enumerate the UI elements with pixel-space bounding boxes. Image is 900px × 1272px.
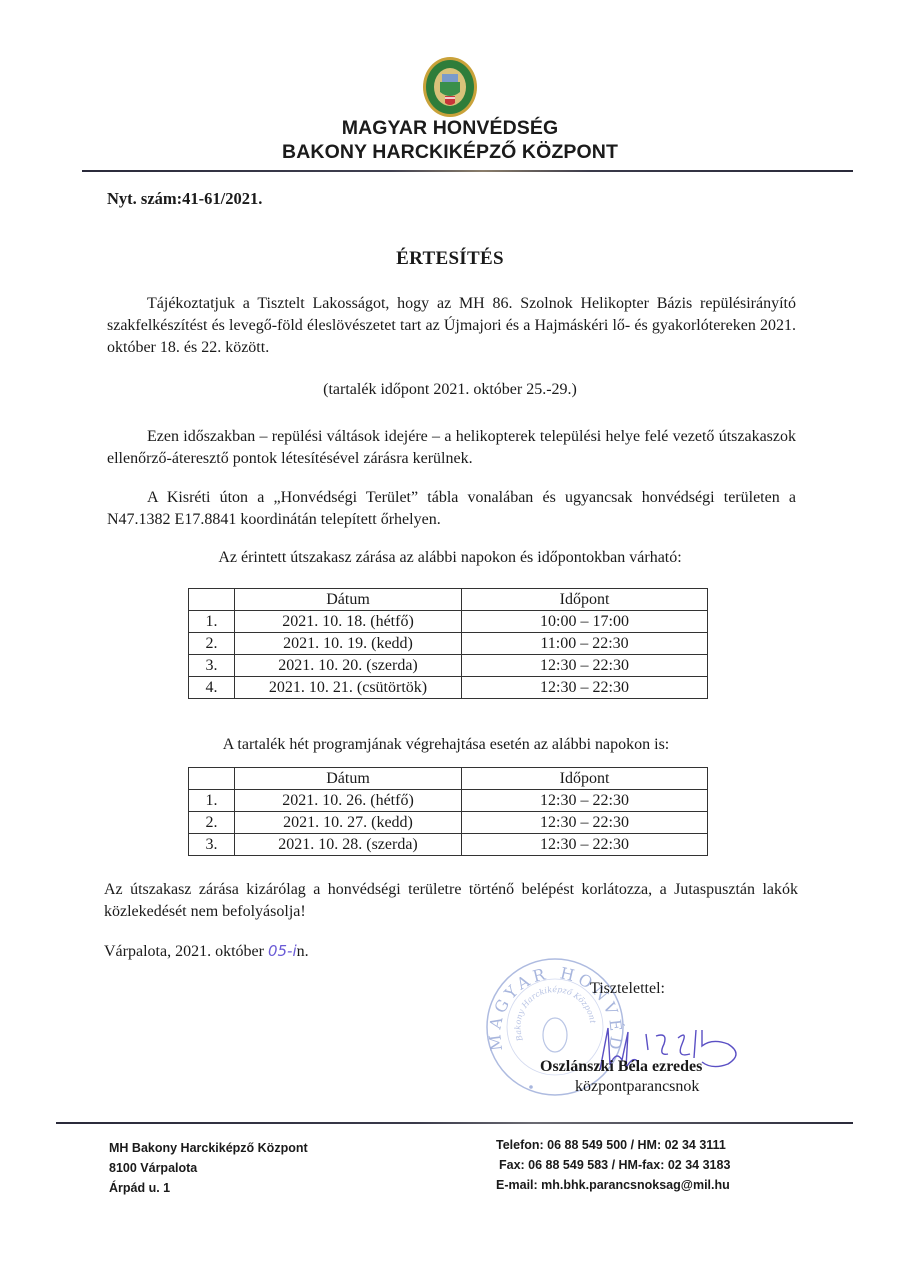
row-time: 10:00 – 17:00 [462, 611, 708, 633]
signatory-role: központparancsnok [575, 1078, 699, 1096]
reserve-date-note: (tartalék időpont 2021. október 25.-29.) [0, 381, 900, 399]
row-number: 4. [189, 677, 235, 699]
dateline-suffix: n. [297, 943, 309, 960]
footer-street: Árpád u. 1 [109, 1178, 308, 1198]
row-number: 1. [189, 790, 235, 812]
closure-schedule-table: Dátum Időpont 1.2021. 10. 18. (hétfő)10:… [188, 588, 708, 699]
intro-text: Tájékoztatjuk a Tisztelt Lakosságot, hog… [107, 295, 796, 356]
row-time: 11:00 – 22:30 [462, 633, 708, 655]
dateline-prefix: Várpalota, 2021. október [104, 943, 268, 960]
col-num-header [189, 589, 235, 611]
table1-intro: Az érintett útszakasz zárása az alábbi n… [0, 549, 900, 567]
row-time: 12:30 – 22:30 [462, 677, 708, 699]
col-date-header: Dátum [235, 768, 462, 790]
row-number: 1. [189, 611, 235, 633]
col-time-header: Időpont [462, 768, 708, 790]
table-row: 3.2021. 10. 28. (szerda)12:30 – 22:30 [189, 834, 708, 856]
handwritten-day: 05-i [268, 942, 297, 960]
table-row: 2.2021. 10. 19. (kedd)11:00 – 22:30 [189, 633, 708, 655]
row-date: 2021. 10. 18. (hétfő) [235, 611, 462, 633]
row-time: 12:30 – 22:30 [462, 812, 708, 834]
row-time: 12:30 – 22:30 [462, 655, 708, 677]
org-name: MAGYAR HONVÉDSÉG [0, 117, 900, 140]
footer-fax: Fax: 06 88 549 583 / HM-fax: 02 34 3183 [496, 1155, 730, 1175]
table-row: 3.2021. 10. 20. (szerda)12:30 – 22:30 [189, 655, 708, 677]
header-divider [82, 170, 853, 172]
col-num-header [189, 768, 235, 790]
table-row: 4.2021. 10. 21. (csütörtök)12:30 – 22:30 [189, 677, 708, 699]
row-time: 12:30 – 22:30 [462, 834, 708, 856]
row-date: 2021. 10. 21. (csütörtök) [235, 677, 462, 699]
row-date: 2021. 10. 19. (kedd) [235, 633, 462, 655]
footer-divider [56, 1122, 853, 1124]
intro-paragraph: Tájékoztatjuk a Tisztelt Lakosságot, hog… [107, 293, 796, 359]
dateline: Várpalota, 2021. október 05-in. [104, 942, 309, 961]
closure-text: Ezen időszakban – repülési váltások idej… [107, 428, 796, 467]
reserve-schedule-table: Dátum Időpont 1.2021. 10. 26. (hétfő)12:… [188, 767, 708, 856]
table-row: 2.2021. 10. 27. (kedd)12:30 – 22:30 [189, 812, 708, 834]
footer-org: MH Bakony Harckiképző Központ [109, 1138, 308, 1158]
row-number: 2. [189, 812, 235, 834]
military-emblem-icon [415, 52, 485, 122]
table2-intro: A tartalék hét programjának végrehajtása… [0, 736, 896, 754]
document-title: ÉRTESÍTÉS [0, 248, 900, 270]
footer-city: 8100 Várpalota [109, 1158, 308, 1178]
footer-address: MH Bakony Harckiképző Központ 8100 Várpa… [109, 1138, 308, 1198]
row-number: 2. [189, 633, 235, 655]
location-paragraph: A Kisréti úton a „Honvédségi Terület” tá… [107, 487, 796, 531]
row-date: 2021. 10. 20. (szerda) [235, 655, 462, 677]
row-date: 2021. 10. 26. (hétfő) [235, 790, 462, 812]
col-date-header: Dátum [235, 589, 462, 611]
closing-greeting: Tisztelettel: [590, 980, 665, 998]
table-header-row: Dátum Időpont [189, 589, 708, 611]
location-text: A Kisréti úton a „Honvédségi Terület” tá… [107, 489, 796, 528]
restriction-paragraph: Az útszakasz zárása kizárólag a honvédsé… [104, 879, 798, 923]
table-row: 1.2021. 10. 26. (hétfő)12:30 – 22:30 [189, 790, 708, 812]
footer-email[interactable]: E-mail: mh.bhk.parancsnoksag@mil.hu [496, 1175, 730, 1195]
reference-number: Nyt. szám:41-61/2021. [107, 189, 262, 209]
row-date: 2021. 10. 27. (kedd) [235, 812, 462, 834]
signatory-name: Oszlánszki Béla ezredes [540, 1058, 702, 1076]
row-time: 12:30 – 22:30 [462, 790, 708, 812]
org-unit-name: BAKONY HARCKIKÉPZŐ KÖZPONT [0, 141, 900, 164]
row-number: 3. [189, 655, 235, 677]
footer-contacts: Telefon: 06 88 549 500 / HM: 02 34 3111 … [496, 1135, 730, 1195]
col-time-header: Időpont [462, 589, 708, 611]
closure-paragraph: Ezen időszakban – repülési váltások idej… [107, 426, 796, 470]
row-date: 2021. 10. 28. (szerda) [235, 834, 462, 856]
row-number: 3. [189, 834, 235, 856]
footer-phone: Telefon: 06 88 549 500 / HM: 02 34 3111 [496, 1135, 730, 1155]
table-header-row: Dátum Időpont [189, 768, 708, 790]
table-row: 1.2021. 10. 18. (hétfő)10:00 – 17:00 [189, 611, 708, 633]
